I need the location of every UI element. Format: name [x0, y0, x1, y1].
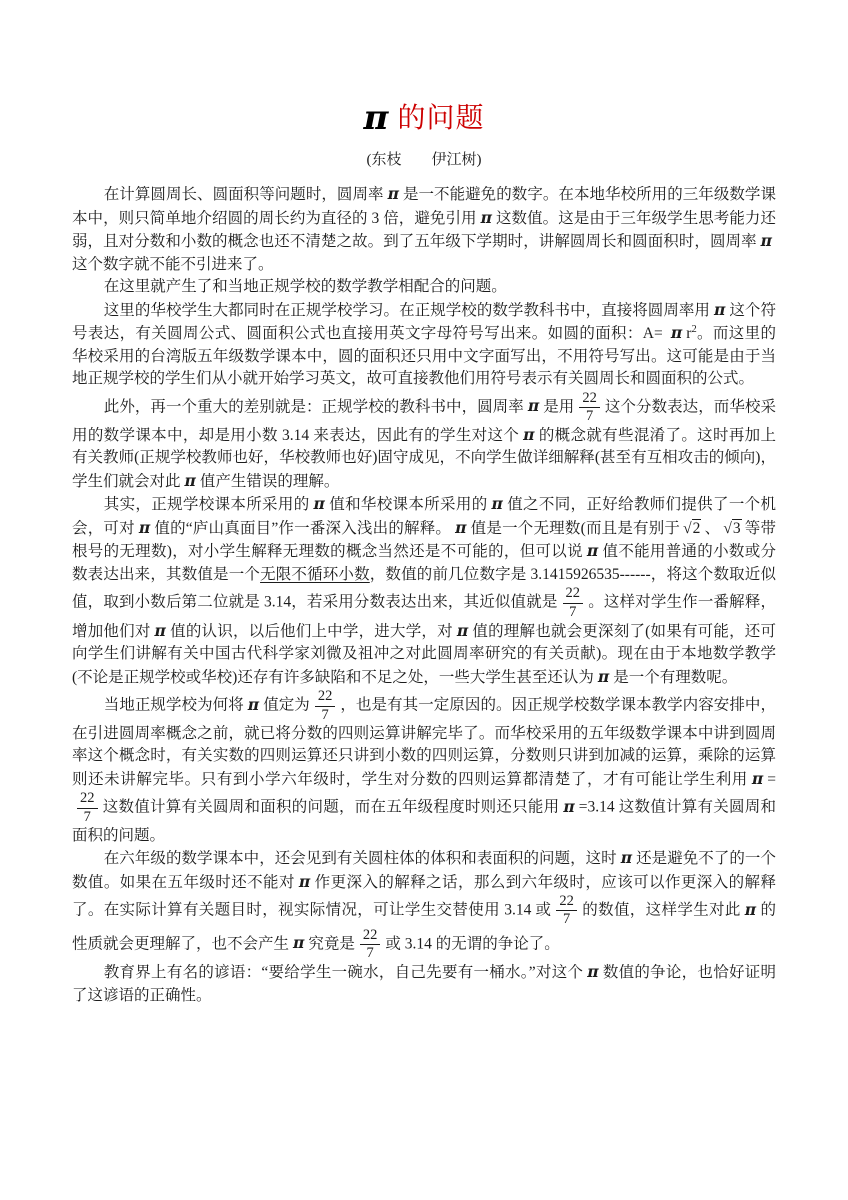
fraction-numerator: 22: [360, 928, 381, 945]
fraction-numerator: 22: [556, 894, 577, 911]
paragraph-2: 在这里就产生了和当地正规学校的数学教学相配合的问题。: [72, 276, 776, 299]
pi-symbol: π: [528, 396, 539, 415]
radical-icon: √: [683, 520, 692, 537]
text-run: 值产生错误的理解。: [200, 473, 340, 490]
text-run: 这数值计算有关圆周和面积的问题，而在五年级程度时则还只能用: [103, 799, 560, 816]
paragraph-8: 教育界上有名的谚语：“要给学生一碗水，自己先要有一桶水。”对这个π数值的争论，也…: [72, 961, 776, 1007]
fraction-numerator: 22: [315, 689, 336, 706]
fraction: 227: [556, 894, 577, 927]
byline: (东枝 伊江树): [72, 148, 776, 169]
pi-symbol: π: [587, 962, 598, 981]
pi-symbol: π: [761, 231, 772, 250]
pi-symbol: π: [492, 494, 503, 513]
pi-symbol: π: [671, 323, 682, 342]
title-text: 的问题: [397, 103, 484, 134]
fraction-numerator: 22: [579, 391, 600, 408]
fraction-denominator: 7: [563, 604, 584, 620]
pi-symbol: π: [139, 518, 150, 537]
pi-symbol: π: [745, 900, 756, 919]
text-run: 在这里就产生了和当地正规学校的数学教学相配合的问题。: [104, 278, 507, 295]
pi-symbol: π: [481, 208, 492, 227]
fraction: 227: [315, 689, 336, 722]
underlined-text: 无限不循环小数: [260, 566, 370, 583]
text-run: 当地正规学校为何将: [104, 697, 244, 714]
document-title: π的问题: [72, 96, 776, 138]
pi-symbol: π: [457, 621, 468, 640]
text-run: 是用: [543, 398, 574, 415]
text-run: 教育界上有名的谚语：“要给学生一碗水，自己先要有一桶水。”对这个: [104, 964, 583, 981]
fraction: 227: [77, 791, 98, 824]
pi-symbol: π: [752, 769, 763, 788]
text-run: 究竟是: [308, 935, 355, 952]
fraction-numerator: 22: [563, 586, 584, 603]
pi-symbol: π: [388, 184, 399, 203]
text-run: 在计算圆周长、圆面积等问题时，圆周率: [104, 186, 384, 203]
paragraph-1: 在计算圆周长、圆面积等问题时，圆周率π是一不能避免的数字。在本地华校所用的三年级…: [72, 183, 776, 276]
fraction-denominator: 7: [315, 707, 336, 723]
pi-symbol: π: [314, 494, 325, 513]
document-body: 在计算圆周长、圆面积等问题时，圆周率π是一不能避免的数字。在本地华校所用的三年级…: [72, 183, 776, 1007]
document-page: π的问题 (东枝 伊江树) 在计算圆周长、圆面积等问题时，圆周率π是一不能避免的…: [0, 0, 848, 1200]
text-run: =: [767, 771, 776, 788]
title-pi-symbol: π: [364, 98, 389, 138]
text-run: 在六年级的数学课本中，还会见到有关圆柱体的体积和表面积的问题，这时: [104, 850, 617, 867]
text-run: 或 3.14 的无谓的争论了。: [385, 935, 559, 952]
text-run: 是一个有理数呢。: [613, 669, 737, 686]
pi-symbol: π: [563, 797, 574, 816]
pi-symbol: π: [248, 695, 259, 714]
sqrt-expression: √3: [723, 520, 741, 537]
paragraph-4: 此外，再一个重大的差别就是：正规学校的教科书中，圆周率π是用227这个分数表达，…: [72, 391, 776, 494]
fraction-denominator: 7: [360, 945, 381, 961]
fraction-denominator: 7: [579, 408, 600, 424]
pi-symbol: π: [523, 425, 534, 444]
radicand: 2: [692, 519, 702, 537]
fraction: 227: [360, 928, 381, 961]
paragraph-3: 这里的华校学生大都同时在正规学校学习。在正规学校的数学教科书中，直接将圆周率用π…: [72, 299, 776, 391]
fraction-numerator: 22: [77, 791, 98, 808]
pi-symbol: π: [293, 933, 304, 952]
text-run: 、: [704, 520, 720, 537]
pi-symbol: π: [185, 471, 196, 490]
text-run: 其实，正规学校课本所采用的: [104, 496, 310, 513]
paragraph-7: 在六年级的数学课本中，还会见到有关圆柱体的体积和表面积的问题，这时π还是避免不了…: [72, 847, 776, 961]
fraction-denominator: 7: [77, 809, 98, 825]
text-run: 值定为: [263, 697, 310, 714]
text-run: 值是一个无理数(而且是有别于: [470, 520, 680, 537]
pi-symbol: π: [714, 300, 725, 319]
text-run: 此外，再一个重大的差别就是：正规学校的教科书中，圆周率: [104, 398, 524, 415]
pi-symbol: π: [621, 848, 632, 867]
text-run: 这里的华校学生大都同时在正规学校学习。在正规学校的数学教科书中，直接将圆周率用: [104, 302, 710, 319]
text-run: 的数值，这样学生对此: [582, 902, 741, 919]
fraction: 227: [579, 391, 600, 424]
fraction-denominator: 7: [556, 911, 577, 927]
text-run: 值和华校课本所采用的: [329, 496, 488, 513]
pi-symbol: π: [587, 541, 598, 560]
text-run: 这个数字就不能不引进来了。: [72, 256, 274, 273]
pi-symbol: π: [598, 667, 609, 686]
text-run: 值的认识，以后他们上中学，进大学，对: [170, 623, 453, 640]
radical-icon: √: [723, 520, 732, 537]
fraction: 227: [563, 586, 584, 619]
text-run: 值的“庐山真面目”作一番深入浅出的解释。: [154, 520, 451, 537]
paragraph-6: 当地正规学校为何将π值定为227，也是有其一定原因的。因正规学校数学课本教学内容…: [72, 689, 776, 847]
pi-symbol: π: [299, 872, 310, 891]
paragraph-5: 其实，正规学校课本所采用的π值和华校课本所采用的π值之不同，正好给教师们提供了一…: [72, 493, 776, 689]
pi-symbol: π: [155, 621, 166, 640]
radicand: 3: [732, 519, 742, 537]
pi-symbol: π: [455, 518, 466, 537]
sqrt-expression: √2: [683, 520, 701, 537]
